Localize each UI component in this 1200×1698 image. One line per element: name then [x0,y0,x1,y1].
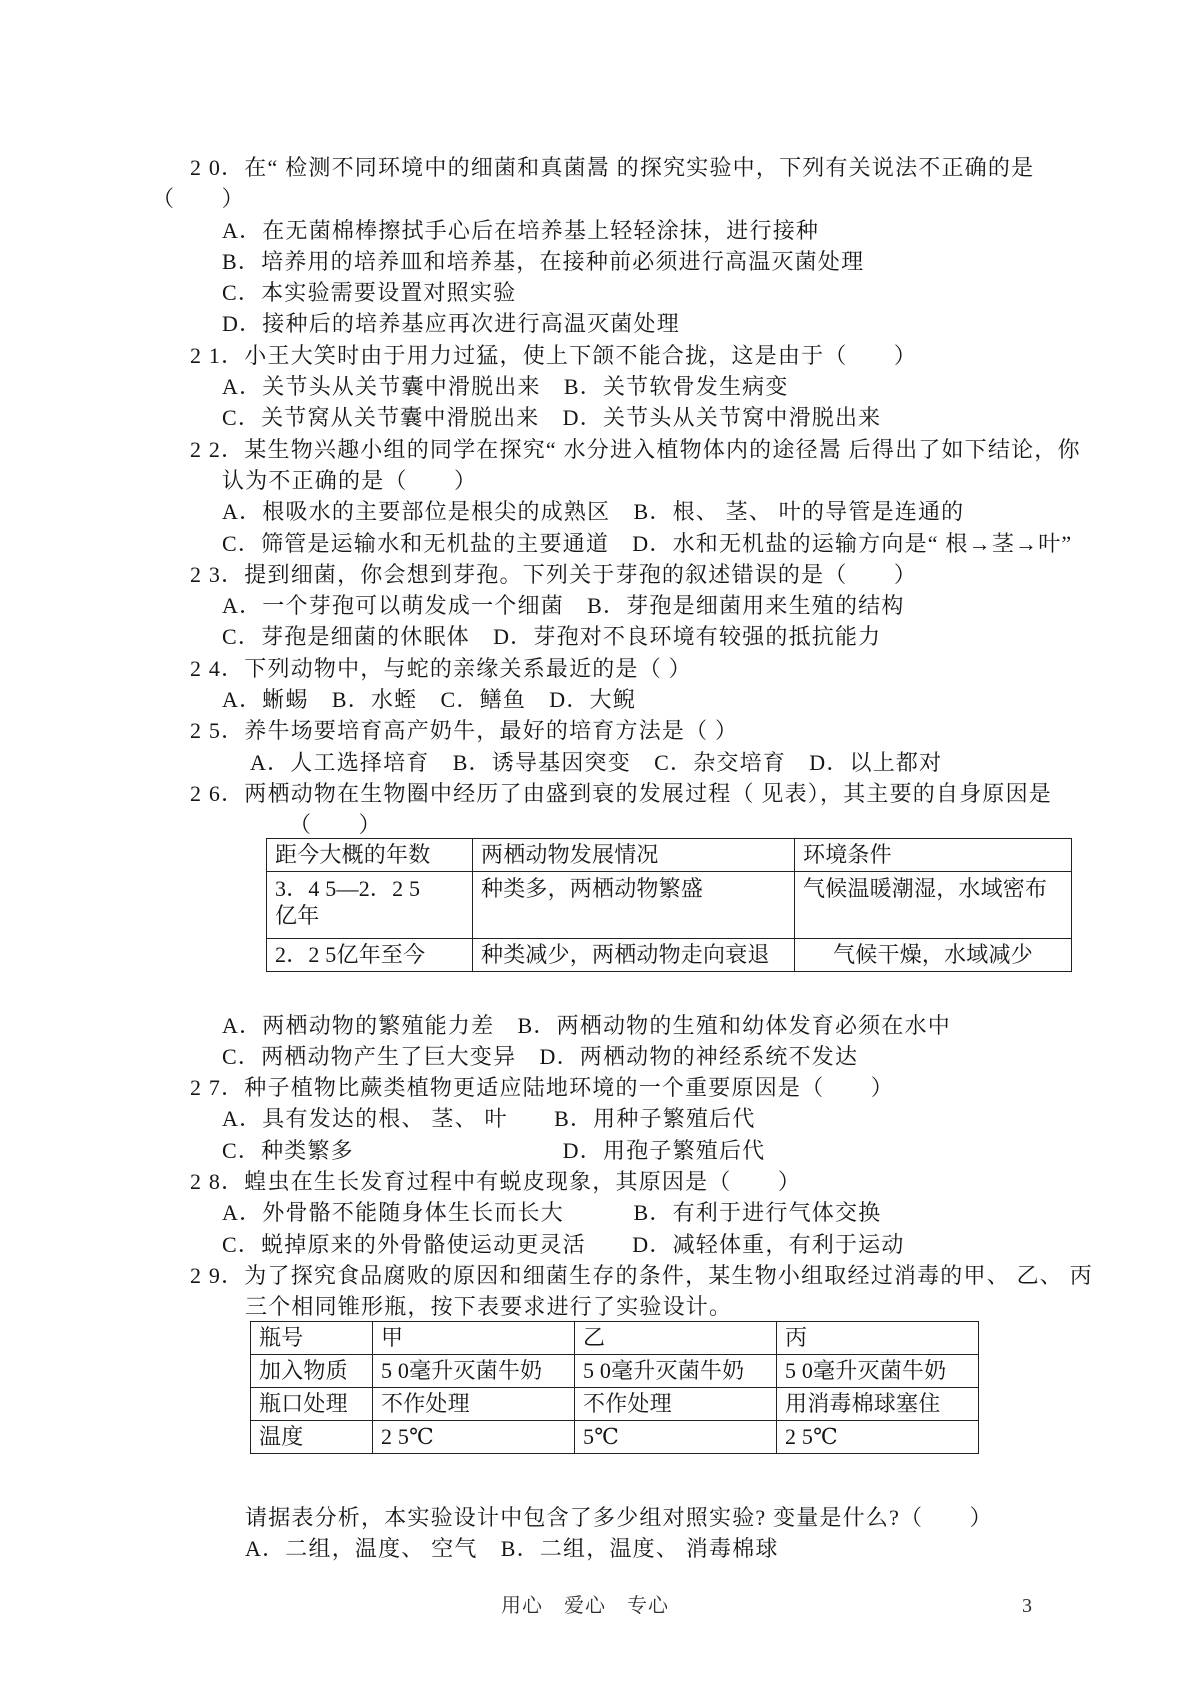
q21-options-ab: A．关节头从关节囊中滑脱出来 B．关节软骨发生病变 [222,371,1090,402]
q29-options: A．二组，温度、 空气 B．二组，温度、 消毒棉球 [245,1533,1090,1564]
q26-line-1: 2 6．两栖动物在生物圈中经历了由盛到衰的发展过程（ 见表），其主要的自身原因是 [190,778,1090,809]
q22-line-1: 2 2．某生物兴趣小组的同学在探究“ 水分进入植物体内的途径暠 后得出了如下结论… [190,434,1090,465]
table-row: 距今大概的年数两栖动物发展情况环境条件 [267,838,1072,871]
table-header-cell: 环境条件 [795,838,1072,871]
table-cell: 2．2 5亿年至今 [267,938,473,971]
table-cell: 5 0毫升灭菌牛奶 [373,1354,575,1387]
q20-line-1: 2 0．在“ 检测不同环境中的细菌和真菌暠 的探究实验中，下列有关说法不正确的是 [190,152,1090,183]
q23-line: 2 3．提到细菌，你会想到芽孢。下列关于芽孢的叙述错误的是（ ） [190,559,1090,590]
amphibian-table: 距今大概的年数两栖动物发展情况环境条件3．4 5—2．2 5 亿年种类多，两栖动… [266,838,1072,972]
table-cell: 气候温暖潮湿，水域密布 [795,871,1072,938]
table-cell: 5 0毫升灭菌牛奶 [575,1354,777,1387]
table-cell: 5℃ [575,1420,777,1453]
q20-option-d: D．接种后的培养基应再次进行高温灭菌处理 [222,308,1090,339]
q29-line-1: 2 9．为了探究食品腐败的原因和细菌生存的条件，某生物小组取经过消毒的甲、 乙、… [190,1260,1090,1291]
table-cell: 不作处理 [373,1387,575,1420]
table-row: 2．2 5亿年至今种类减少，两栖动物走向衰退气候干燥，水域减少 [267,938,1072,971]
q25-options: A．人工选择培育 B．诱导基因突变 C．杂交培育 D．以上都对 [250,747,1090,778]
q23-options-cd: C．芽孢是细菌的休眠体 D．芽孢对不良环境有较强的抵抗能力 [222,621,1090,652]
q28-line: 2 8．蝗虫在生长发育过程中有蜕皮现象，其原因是（ ） [190,1166,1090,1197]
table-cell: 2 5℃ [777,1420,979,1453]
table-row: 瓶号甲乙丙 [251,1321,979,1354]
table-cell: 5 0毫升灭菌牛奶 [777,1354,979,1387]
table-header-cell: 瓶号 [251,1321,373,1354]
table-row: 瓶口处理不作处理不作处理用消毒棉球塞住 [251,1387,979,1420]
q24-line: 2 4．下列动物中，与蛇的亲缘关系最近的是（ ） [190,653,1090,684]
q27-line: 2 7．种子植物比蕨类植物更适应陆地环境的一个重要原因是（ ） [190,1072,1090,1103]
q24-options: A．蜥蜴 B．水蛭 C．鳝鱼 D．大鲵 [222,684,1090,715]
q21-options-cd: C．关节窝从关节囊中滑脱出来 D．关节头从关节窝中滑脱出来 [222,402,1090,433]
table-cell: 2 5℃ [373,1420,575,1453]
table-header-cell: 甲 [373,1321,575,1354]
q28-options-cd: C．蜕掉原来的外骨骼使运动更灵活 D．减轻体重，有利于运动 [222,1229,1090,1260]
table-cell: 瓶口处理 [251,1387,373,1420]
page-footer: 用心 爱心 专心 3 [0,1593,1200,1619]
q27-options-ab: A．具有发达的根、 茎、 叶 B．用种子繁殖后代 [222,1103,1090,1134]
q27-options-cd: C．种类繁多 D．用孢子繁殖后代 [222,1135,1090,1166]
q20-line-2: （ ） [152,183,1090,214]
q26-options-cd: C．两栖动物产生了巨大变异 D．两栖动物的神经系统不发达 [222,1041,1090,1072]
q25-line: 2 5．养牛场要培育高产奶牛，最好的培育方法是（ ） [190,715,1090,746]
page-number: 3 [1022,1593,1033,1619]
question-list: 2 0．在“ 检测不同环境中的细菌和真菌暠 的探究实验中，下列有关说法不正确的是… [150,152,1090,1564]
q28-options-ab: A．外骨骼不能随身体生长而长大 B．有利于进行气体交换 [222,1197,1090,1228]
q22-line-2: 认为不正确的是（ ） [222,465,1090,496]
table-header-cell: 乙 [575,1321,777,1354]
q29-line-2: 三个相同锥形瓶，按下表要求进行了实验设计。 [245,1291,1090,1322]
table-row: 加入物质5 0毫升灭菌牛奶5 0毫升灭菌牛奶5 0毫升灭菌牛奶 [251,1354,979,1387]
q22-options-ab: A．根吸水的主要部位是根尖的成熟区 B．根、 茎、 叶的导管是连通的 [222,496,1090,527]
table-cell: 种类减少，两栖动物走向衰退 [473,938,795,971]
table-header-cell: 距今大概的年数 [267,838,473,871]
q20-option-a: A．在无菌棉棒擦拭手心后在培养基上轻轻涂抹，进行接种 [222,215,1090,246]
experiment-table: 瓶号甲乙丙加入物质5 0毫升灭菌牛奶5 0毫升灭菌牛奶5 0毫升灭菌牛奶瓶口处理… [250,1321,979,1454]
table-cell: 不作处理 [575,1387,777,1420]
table-header-cell: 丙 [777,1321,979,1354]
q22-options-cd: C．筛管是运输水和无机盐的主要通道 D．水和无机盐的运输方向是“ 根→茎→叶” [222,528,1090,559]
table-cell: 3．4 5—2．2 5 亿年 [267,871,473,938]
q23-options-ab: A．一个芽孢可以萌发成一个细菌 B．芽孢是细菌用来生殖的结构 [222,590,1090,621]
table-cell: 气候干燥，水域减少 [795,938,1072,971]
table-header-cell: 两栖动物发展情况 [473,838,795,871]
table-row: 温度2 5℃5℃2 5℃ [251,1420,979,1453]
q20-option-b: B．培养用的培养皿和培养基，在接种前必须进行高温灭菌处理 [222,246,1090,277]
q26-options-ab: A．两栖动物的繁殖能力差 B．两栖动物的生殖和幼体发育必须在水中 [222,1010,1090,1041]
table-cell: 种类多，两栖动物繁盛 [473,871,795,938]
q26-line-2: （ ） [289,809,1090,840]
table-cell: 温度 [251,1420,373,1453]
footer-motto: 用心 爱心 专心 [0,1593,1170,1619]
q21-line: 2 1．小王大笑时由于用力过猛，使上下颌不能合拢，这是由于（ ） [190,340,1090,371]
q20-option-c: C．本实验需要设置对照实验 [222,277,1090,308]
table-row: 3．4 5—2．2 5 亿年种类多，两栖动物繁盛气候温暖潮湿，水域密布 [267,871,1072,938]
table-cell: 加入物质 [251,1354,373,1387]
table-cell: 用消毒棉球塞住 [777,1387,979,1420]
q29-question-line: 请据表分析，本实验设计中包含了多少组对照实验? 变量是什么?（ ） [245,1502,1090,1533]
document-page: 2 0．在“ 检测不同环境中的细菌和真菌暠 的探究实验中，下列有关说法不正确的是… [0,0,1200,1698]
